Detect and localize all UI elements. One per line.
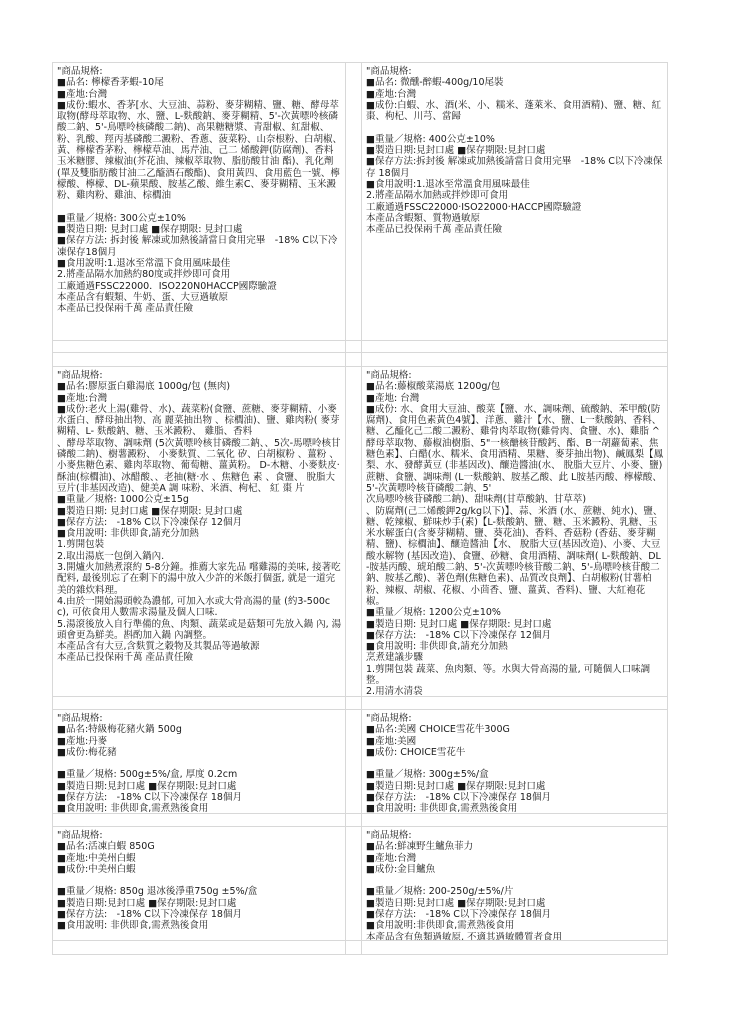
spec-line bbox=[366, 122, 664, 133]
spec-line: ■保存方法: -18% C以下冷凍保存 18個月 bbox=[366, 792, 664, 803]
spec-cell-us-choice-marbled-beef: "商品規格:■品名:美國 CHOICE雪花牛300G■產地:美國■成份: CHO… bbox=[362, 710, 667, 813]
spec-line: "商品規格: bbox=[57, 66, 342, 77]
spec-line: ■產地:台灣 bbox=[366, 89, 664, 100]
spec-line: ■製造日期:見封口處 ■保存期限:見封口處 bbox=[366, 145, 664, 156]
spec-line: ■食用說明: 非供即食,需煮熟後食用 bbox=[57, 920, 342, 931]
spec-line: ■重量／規格: 200-250g/±5%/片 bbox=[366, 886, 664, 897]
gap-cell bbox=[346, 63, 361, 340]
spec-line: ■保存方法: -18% C以下冷凍保存 18個月 bbox=[57, 909, 342, 920]
spec-line: ■重量／規格: 850g 退冰後淨重750g ±5%/盒 bbox=[57, 886, 342, 897]
spec-line bbox=[57, 202, 342, 213]
spec-line: ■保存方法: -18% C以下冷凍保存 18個月 bbox=[366, 909, 664, 920]
spec-line: 2.用清水清袋 bbox=[366, 686, 664, 696]
spec-cell-rattan-pepper-pickled-soup-base: "商品規格:■品名:藤椒酸菜湯底 1200g/包■產地: 台灣■成份: 水、食用… bbox=[362, 367, 667, 696]
spec-line: ■成份:白蝦、水、酒(米、小、糯米、蓬萊米、食用酒精)、鹽、糖、紅棗、枸杞、川芎… bbox=[366, 100, 664, 123]
spec-line: ■重量／規格: 300g±5%/盒 bbox=[366, 769, 664, 780]
spec-line: 2.將產品隔水加熱約80度或拌炒即可食用 bbox=[57, 269, 342, 280]
spec-cell-premium-pork-collar-hotpot: "商品規格:■品名:特級梅花豬火鍋 500g■產地:丹麥■成份:梅花豬 ■重量／… bbox=[53, 710, 345, 813]
spec-line: ■製造日期:見封口處 ■保存期限:見封口處 bbox=[57, 781, 342, 792]
spec-line: 4.由於一開始湯頭較為濃郁, 可加入水或大骨高湯的量 (約3-500cc), 可… bbox=[57, 596, 342, 619]
spec-line: 本產品含有魚類過敏原, 不適其過敏體質者食用 bbox=[366, 932, 664, 940]
spacer-cell bbox=[53, 353, 345, 366]
spacer-cell bbox=[53, 697, 345, 709]
spec-line: "商品規格: bbox=[57, 370, 342, 381]
spec-line: 本產品已投保兩千萬 產品責任險 bbox=[57, 652, 342, 663]
spec-line bbox=[57, 875, 342, 886]
gap-cell bbox=[346, 827, 361, 940]
spec-cell-live-frozen-white-shrimp: "商品規格:■品名:活凍白蝦 850G■產地:中美州白蝦■成份:中美州白蝦 ■重… bbox=[53, 827, 345, 940]
spacer-cell bbox=[362, 341, 667, 352]
spec-line: ■品名:特級梅花豬火鍋 500g bbox=[57, 724, 342, 735]
spec-line: ■成份: 水、食用大豆油、酸菜【鹽、水、調味劑、硫酸鈉、苯甲酸(防腐劑)、食用色… bbox=[366, 404, 664, 472]
page-root: "商品規格:■品名: 檸檬香茅蝦-10尾■產地:台灣■成份:蝦水、香茅[水、大豆… bbox=[0, 0, 730, 1033]
spec-line: 工廠通過FSSC22000·ISO22000·HACCP國際驗證 bbox=[366, 202, 664, 213]
spec-line: ■食用說明:1.退冰至常溫下食用風味最佳 bbox=[57, 258, 342, 269]
spec-line: 2.取出湯底一包倒入鍋內. bbox=[57, 551, 342, 562]
spec-line: ■食用說明: 非供即食,請充分加熱 bbox=[366, 641, 664, 652]
spec-line: ■成份:中美州白蝦 bbox=[57, 864, 342, 875]
spec-line: ■品名:鮮凍野生鱸魚菲力 bbox=[366, 841, 664, 852]
spec-line: 本產品含有蝦類、牛奶、蛋、大豆過敏原 bbox=[57, 292, 342, 303]
spec-line: ■重量／規格: 1000公克±15g bbox=[57, 494, 342, 505]
spec-line: 5.湯滾後放入自行準備的魚、肉類、蔬菜或是菇類可先放入鍋 內, 湯頭會更為鮮美。… bbox=[57, 619, 342, 642]
spec-line: ■產地:美國 bbox=[366, 736, 664, 747]
spec-line: 本產品含蝦類、質物過敏原 bbox=[366, 213, 664, 224]
spacer-cell bbox=[53, 814, 345, 826]
spec-line: ■重量／規格: 400公克±10% bbox=[366, 134, 664, 145]
spec-line: ■保存方法:拆封後 解凍或加熱後請當日食用完畢 -18% C以下冷凍保存 18個… bbox=[366, 156, 664, 179]
spec-line: 、防腐劑(己二烯酸鉀2g/kg以下)】、蒜、米酒 (水、蔗糖、純水)、鹽、糖、乾… bbox=[366, 506, 664, 608]
spec-line: ■產地:台灣 bbox=[57, 393, 342, 404]
spec-line: ■食用說明: 非供即食,需煮熟後食用 bbox=[57, 803, 342, 813]
spacer-cell bbox=[346, 353, 361, 366]
spec-line: ■重量／規格: 500g±5%/盒, 厚度 0.2cm bbox=[57, 769, 342, 780]
spec-line: 、酵母萃取物、調味劑 (5次黃嘌呤核甘磷酸二鈉、、5次-馬嘌呤核甘磷酸二鈉)、樹… bbox=[57, 438, 342, 494]
spec-line: ■成份: CHOICE雪花牛 bbox=[366, 747, 664, 758]
spec-line: ■重量／規格: 1200公克±10% bbox=[366, 607, 664, 618]
spec-line: 3.開爐火加熱煮滾約 5-8分鐘。推薦大家先品 嚐雞湯的美味, 接著吃配料, 最… bbox=[57, 562, 342, 596]
spec-line: ■成份:梅花豬 bbox=[57, 747, 342, 758]
spec-line: ■成份:金目鱸魚 bbox=[366, 864, 664, 875]
spec-line bbox=[366, 875, 664, 886]
spec-line: ■品名:藤椒酸菜湯底 1200g/包 bbox=[366, 381, 664, 392]
spec-line: ■成份:蝦水、香茅[水、大豆油、蒜粉、麥芽糊精、鹽、糖、酵母萃取物(酵母萃取物、… bbox=[57, 100, 342, 156]
spec-line: ■製造日期:見封口處 ■保存期限:見封口處 bbox=[57, 898, 342, 909]
spec-cell-lemon-lemongrass-shrimp: "商品規格:■品名: 檸檬香茅蝦-10尾■產地:台灣■成份:蝦水、香茅[水、大豆… bbox=[53, 63, 345, 340]
spec-line: 烹煮建議步驟 bbox=[366, 652, 664, 663]
spec-line: 1.剪開包裝 蔬菜、魚肉類、等。水與大骨高湯的量, 可隨個人口味調整。 bbox=[366, 664, 664, 687]
spec-line: ■製造日期:見封口處 ■保存期限:見封口處 bbox=[366, 898, 664, 909]
spec-line bbox=[57, 758, 342, 769]
spec-line: ■成份:老火上湯(雞骨、水)、蔬菜粉(食鹽、蔗糖、麥芽糊精、小麥水蛋白、酵母抽出… bbox=[57, 404, 342, 438]
spec-line: ■品名:活凍白蝦 850G bbox=[57, 841, 342, 852]
spec-line: ■製造日期:見封口處 ■保存期限:見封口處 bbox=[366, 781, 664, 792]
spec-line: ■品名:美國 CHOICE雪花牛300G bbox=[366, 724, 664, 735]
spec-line: ■產地:丹麥 bbox=[57, 736, 342, 747]
spec-line: ■產地: 台灣 bbox=[366, 393, 664, 404]
spec-line: "商品規格: bbox=[366, 713, 664, 724]
spec-line: ■食用說明: 非供即食,需煮熟後食用 bbox=[366, 803, 664, 813]
spacer-cell bbox=[362, 697, 667, 709]
spacer-cell bbox=[346, 941, 361, 954]
spec-line: 本產品已投保兩千萬 產品責任險 bbox=[57, 303, 342, 314]
spacer-cell bbox=[346, 341, 361, 352]
spec-line: ■品名: 微醺-醉蝦-400g/10尾裝 bbox=[366, 77, 664, 88]
spec-line: 工廠通過FSSC22000．ISO220N0HACCP國際驗證 bbox=[57, 281, 342, 292]
spec-cell-collagen-chicken-soup-base: "商品規格:■品名:膠原蛋白雞湯底 1000g/包 (無肉)■產地:台灣■成份:… bbox=[53, 367, 345, 696]
spec-line: "商品規格: bbox=[366, 66, 664, 77]
spec-line: ■重量／規格: 300公克±10% bbox=[57, 213, 342, 224]
spec-line: "商品規格: bbox=[366, 830, 664, 841]
spec-line: "商品規格: bbox=[366, 370, 664, 381]
spec-line: 次鳥嘌呤核苷磷酸二鈉)、甜味劑(甘草酸鈉、甘草萃) bbox=[366, 494, 664, 505]
spec-line: ■品名: 檸檬香茅蝦-10尾 bbox=[57, 77, 342, 88]
spec-line: ■產地:台灣 bbox=[366, 853, 664, 864]
spec-line: ■製造日期: 見封口處 ■保存期限: 見封口處 bbox=[366, 619, 664, 630]
spec-line: ■食用說明:1.退冰至常溫食用風味最佳 bbox=[366, 179, 664, 190]
spacer-cell bbox=[362, 353, 667, 366]
spec-line bbox=[366, 758, 664, 769]
spacer-cell bbox=[53, 941, 345, 954]
spec-line: 玉米糖膠、辣椒油(芥花油、辣椒萃取物、脂肪酸甘油 酯)、乳化劑(單及雙脂肪酸甘油… bbox=[57, 156, 342, 201]
spec-line: "商品規格: bbox=[57, 830, 342, 841]
spec-line: 2.將產品隔水加熱或拌炒即可食用 bbox=[366, 190, 664, 201]
spec-line: "商品規格: bbox=[57, 713, 342, 724]
spec-line: ■保存方法: 拆封後 解凍或加熱後請當日食用完畢 -18% C以下冷凍保存18個… bbox=[57, 235, 342, 258]
spec-line: 本產品已投保兩千萬 產品責任險 bbox=[366, 224, 664, 235]
spacer-cell bbox=[346, 814, 361, 826]
gap-cell bbox=[346, 367, 361, 696]
spec-cell-fresh-frozen-wild-seabass-fillet: "商品規格:■品名:鮮凍野生鱸魚菲力■產地:台灣■成份:金目鱸魚 ■重量／規格:… bbox=[362, 827, 667, 940]
spec-line: ■產地:台灣 bbox=[57, 89, 342, 100]
spec-line: ■產地:中美州白蝦 bbox=[57, 853, 342, 864]
product-spec-table: "商品規格:■品名: 檸檬香茅蝦-10尾■產地:台灣■成份:蝦水、香茅[水、大豆… bbox=[52, 62, 668, 955]
spacer-cell bbox=[362, 814, 667, 826]
spec-line: ■品名:膠原蛋白雞湯底 1000g/包 (無肉) bbox=[57, 381, 342, 392]
spec-line: ■保存方法: -18% C以下冷凍保存 18個月 bbox=[57, 792, 342, 803]
spec-line: ■製造日期: 見封口處 ■保存期限: 見封口處 bbox=[57, 224, 342, 235]
spec-line: 本產品含有大豆,含麩質之穀物及其製品等過敏源 bbox=[57, 641, 342, 652]
spec-line: ■保存方法: -18% C以下冷凍保存 12個月 bbox=[366, 630, 664, 641]
spacer-cell bbox=[362, 941, 667, 954]
spec-line: ■食用說明: 非供即食,請充分加熱 bbox=[57, 528, 342, 539]
spacer-cell bbox=[346, 697, 361, 709]
gap-cell bbox=[346, 710, 361, 813]
spec-cell-drunken-shrimp: "商品規格:■品名: 微醺-醉蝦-400g/10尾裝■產地:台灣■成份:白蝦、水… bbox=[362, 63, 667, 340]
spacer-cell bbox=[53, 341, 345, 352]
spec-line: 蔗糖、食鹽、調味劑 (L一麩酸鈉、胺基乙酸、此 L胺基丙酸、檸檬酸、5'-次黃嘌… bbox=[366, 472, 664, 495]
spec-line: ■食用說明:非供即食,需煮熟後食用 bbox=[366, 920, 664, 931]
spec-line: 1.剪開包裝 bbox=[57, 539, 342, 550]
spec-line: ■製造日期: 見封口處 ■保存期限: 見封口處 bbox=[57, 506, 342, 517]
spec-line: ■保存方法: -18% C以下冷凍保存 12個月 bbox=[57, 517, 342, 528]
